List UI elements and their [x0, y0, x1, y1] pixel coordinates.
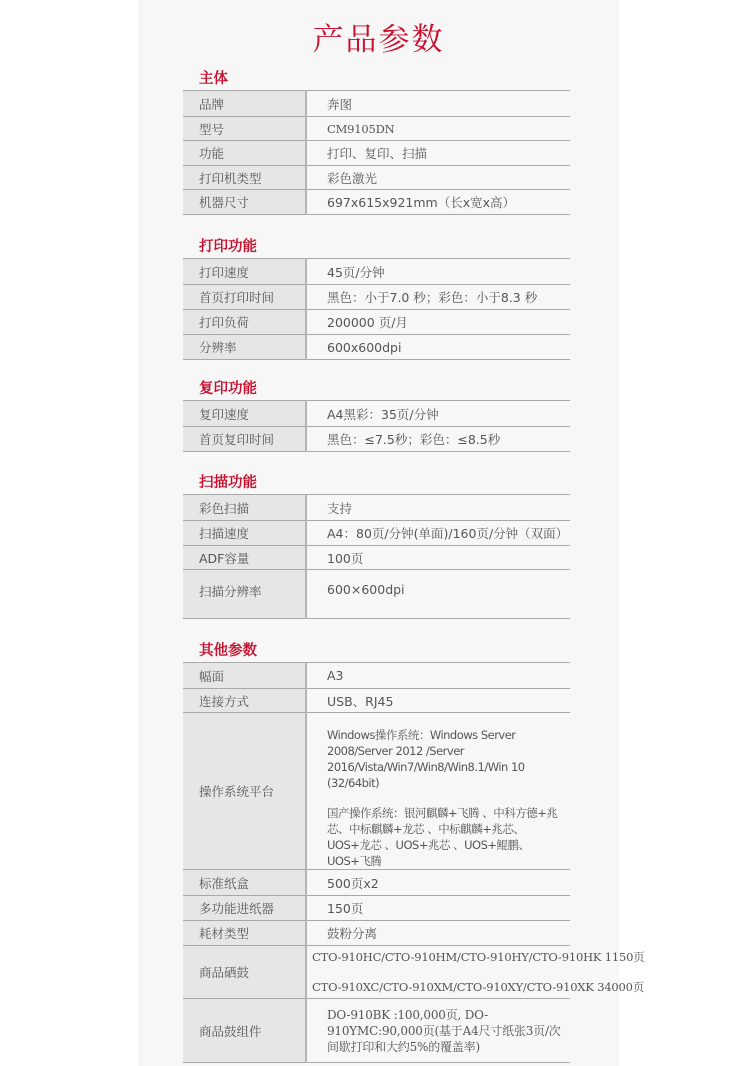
spec-label: 打印速度 [183, 259, 306, 285]
section-title: 打印功能 [183, 236, 570, 258]
spec-label: 机器尺寸 [183, 190, 306, 215]
spec-label: 商品鼓组件 [183, 999, 306, 1063]
spec-value: 彩色激光 [306, 166, 570, 190]
section-title: 扫描功能 [183, 472, 570, 494]
section-copy: 复印功能 复印速度A4黑彩：35页/分钟 首页复印时间黑色：≤7.5秒；彩色：≤… [183, 378, 570, 452]
spec-table: 彩色扫描支持 扫描速度A4：80页/分钟(单面)/160页/分钟（双面） ADF… [183, 494, 570, 619]
spec-value-toner: CTO-910HC/CTO-910HM/CTO-910HY/CTO-910HK … [306, 946, 570, 999]
spec-label: 首页复印时间 [183, 427, 306, 452]
spec-label: 多功能进纸器 [183, 896, 306, 921]
section-other: 其他参数 幅面A3 连接方式USB、RJ45 操作系统平台 Windows操作系… [183, 640, 570, 1063]
section-title: 复印功能 [183, 378, 570, 400]
section-print: 打印功能 打印速度45页/分钟 首页打印时间黑色：小于7.0 秒；彩色：小于8.… [183, 236, 570, 360]
spec-value: 鼓粉分离 [306, 921, 570, 946]
table-row: 扫描速度A4：80页/分钟(单面)/160页/分钟（双面） [183, 521, 570, 546]
spec-label: 分辨率 [183, 335, 306, 360]
spec-label: 型号 [183, 117, 306, 141]
spec-label: 扫描分辨率 [183, 570, 306, 619]
spec-value: 600×600dpi [306, 570, 570, 619]
os-windows: Windows操作系统：Windows Server 2008/Server 2… [327, 727, 562, 791]
table-row: ADF容量100页 [183, 546, 570, 570]
spec-label: 功能 [183, 141, 306, 166]
table-row: 型号CM9105DN [183, 117, 570, 141]
table-row: 功能打印、复印、扫描 [183, 141, 570, 166]
toner-line-1: CTO-910HC/CTO-910HM/CTO-910HY/CTO-910HK … [312, 949, 570, 965]
table-row: 打印机类型彩色激光 [183, 166, 570, 190]
section-title: 主体 [183, 68, 570, 90]
table-row: 复印速度A4黑彩：35页/分钟 [183, 401, 570, 427]
spec-value-os: Windows操作系统：Windows Server 2008/Server 2… [306, 713, 570, 870]
table-row: 耗材类型鼓粉分离 [183, 921, 570, 946]
spec-label: 商品硒鼓 [183, 946, 306, 999]
table-row: 首页打印时间黑色：小于7.0 秒；彩色：小于8.3 秒 [183, 285, 570, 310]
spec-label: 幅面 [183, 663, 306, 689]
spec-label: 耗材类型 [183, 921, 306, 946]
toner-line-2: CTO-910XC/CTO-910XM/CTO-910XY/CTO-910XK … [312, 979, 570, 995]
table-row: 连接方式USB、RJ45 [183, 689, 570, 713]
table-row: 打印负荷200000 页/月 [183, 310, 570, 335]
spec-value: 150页 [306, 896, 570, 921]
spec-value: 45页/分钟 [306, 259, 570, 285]
spacer [327, 791, 562, 805]
spec-value: 200000 页/月 [306, 310, 570, 335]
spec-value: USB、RJ45 [306, 689, 570, 713]
spec-label: 复印速度 [183, 401, 306, 427]
spec-label: 扫描速度 [183, 521, 306, 546]
section-scan: 扫描功能 彩色扫描支持 扫描速度A4：80页/分钟(单面)/160页/分钟（双面… [183, 472, 570, 619]
table-row: 商品硒鼓 CTO-910HC/CTO-910HM/CTO-910HY/CTO-9… [183, 946, 570, 999]
spec-label: 标准纸盒 [183, 870, 306, 896]
spec-value: 黑色：≤7.5秒；彩色：≤8.5秒 [306, 427, 570, 452]
table-row: 多功能进纸器150页 [183, 896, 570, 921]
spec-table: 品牌奔图 型号CM9105DN 功能打印、复印、扫描 打印机类型彩色激光 机器尺… [183, 90, 570, 215]
spec-label: 首页打印时间 [183, 285, 306, 310]
spec-value: 黑色：小于7.0 秒；彩色：小于8.3 秒 [306, 285, 570, 310]
spec-table: 幅面A3 连接方式USB、RJ45 操作系统平台 Windows操作系统：Win… [183, 662, 570, 1063]
table-row: 标准纸盒500页x2 [183, 870, 570, 896]
spec-value: A4黑彩：35页/分钟 [306, 401, 570, 427]
table-row: 打印速度45页/分钟 [183, 259, 570, 285]
section-main: 主体 品牌奔图 型号CM9105DN 功能打印、复印、扫描 打印机类型彩色激光 … [183, 68, 570, 215]
table-row: 幅面A3 [183, 663, 570, 689]
spec-label: 品牌 [183, 91, 306, 117]
spec-value: DO-910BK :100,000页, DO-910YMC:90,000页(基于… [306, 999, 570, 1063]
table-row: 商品鼓组件 DO-910BK :100,000页, DO-910YMC:90,0… [183, 999, 570, 1063]
spec-value: 500页x2 [306, 870, 570, 896]
spec-table: 打印速度45页/分钟 首页打印时间黑色：小于7.0 秒；彩色：小于8.3 秒 打… [183, 258, 570, 360]
page-title: 产品参数 [138, 14, 619, 59]
spec-value: 打印、复印、扫描 [306, 141, 570, 166]
spec-label: ADF容量 [183, 546, 306, 570]
spec-value: A3 [306, 663, 570, 689]
spec-label: 彩色扫描 [183, 495, 306, 521]
table-row: 彩色扫描支持 [183, 495, 570, 521]
spec-value: A4：80页/分钟(单面)/160页/分钟（双面） [306, 521, 570, 546]
section-title: 其他参数 [183, 640, 570, 662]
spec-value: 100页 [306, 546, 570, 570]
table-row: 扫描分辨率600×600dpi [183, 570, 570, 619]
spec-value: 697x615x921mm（长x宽x高） [306, 190, 570, 215]
os-domestic: 国产操作系统：银河麒麟+飞腾 、中科方德+兆芯、中标麒麟+龙芯 、中标麒麟+兆芯… [327, 805, 562, 869]
spec-panel: 产品参数 主体 品牌奔图 型号CM9105DN 功能打印、复印、扫描 打印机类型… [138, 0, 619, 1066]
table-row: 机器尺寸697x615x921mm（长x宽x高） [183, 190, 570, 215]
table-row: 操作系统平台 Windows操作系统：Windows Server 2008/S… [183, 713, 570, 870]
spec-value: 600x600dpi [306, 335, 570, 360]
spec-label: 操作系统平台 [183, 713, 306, 870]
spec-table: 复印速度A4黑彩：35页/分钟 首页复印时间黑色：≤7.5秒；彩色：≤8.5秒 [183, 400, 570, 452]
spec-value: CM9105DN [306, 117, 570, 141]
table-row: 首页复印时间黑色：≤7.5秒；彩色：≤8.5秒 [183, 427, 570, 452]
spec-value: 奔图 [306, 91, 570, 117]
spec-label: 连接方式 [183, 689, 306, 713]
table-row: 分辨率600x600dpi [183, 335, 570, 360]
spec-label: 打印负荷 [183, 310, 306, 335]
table-row: 品牌奔图 [183, 91, 570, 117]
spec-value: 支持 [306, 495, 570, 521]
spec-label: 打印机类型 [183, 166, 306, 190]
